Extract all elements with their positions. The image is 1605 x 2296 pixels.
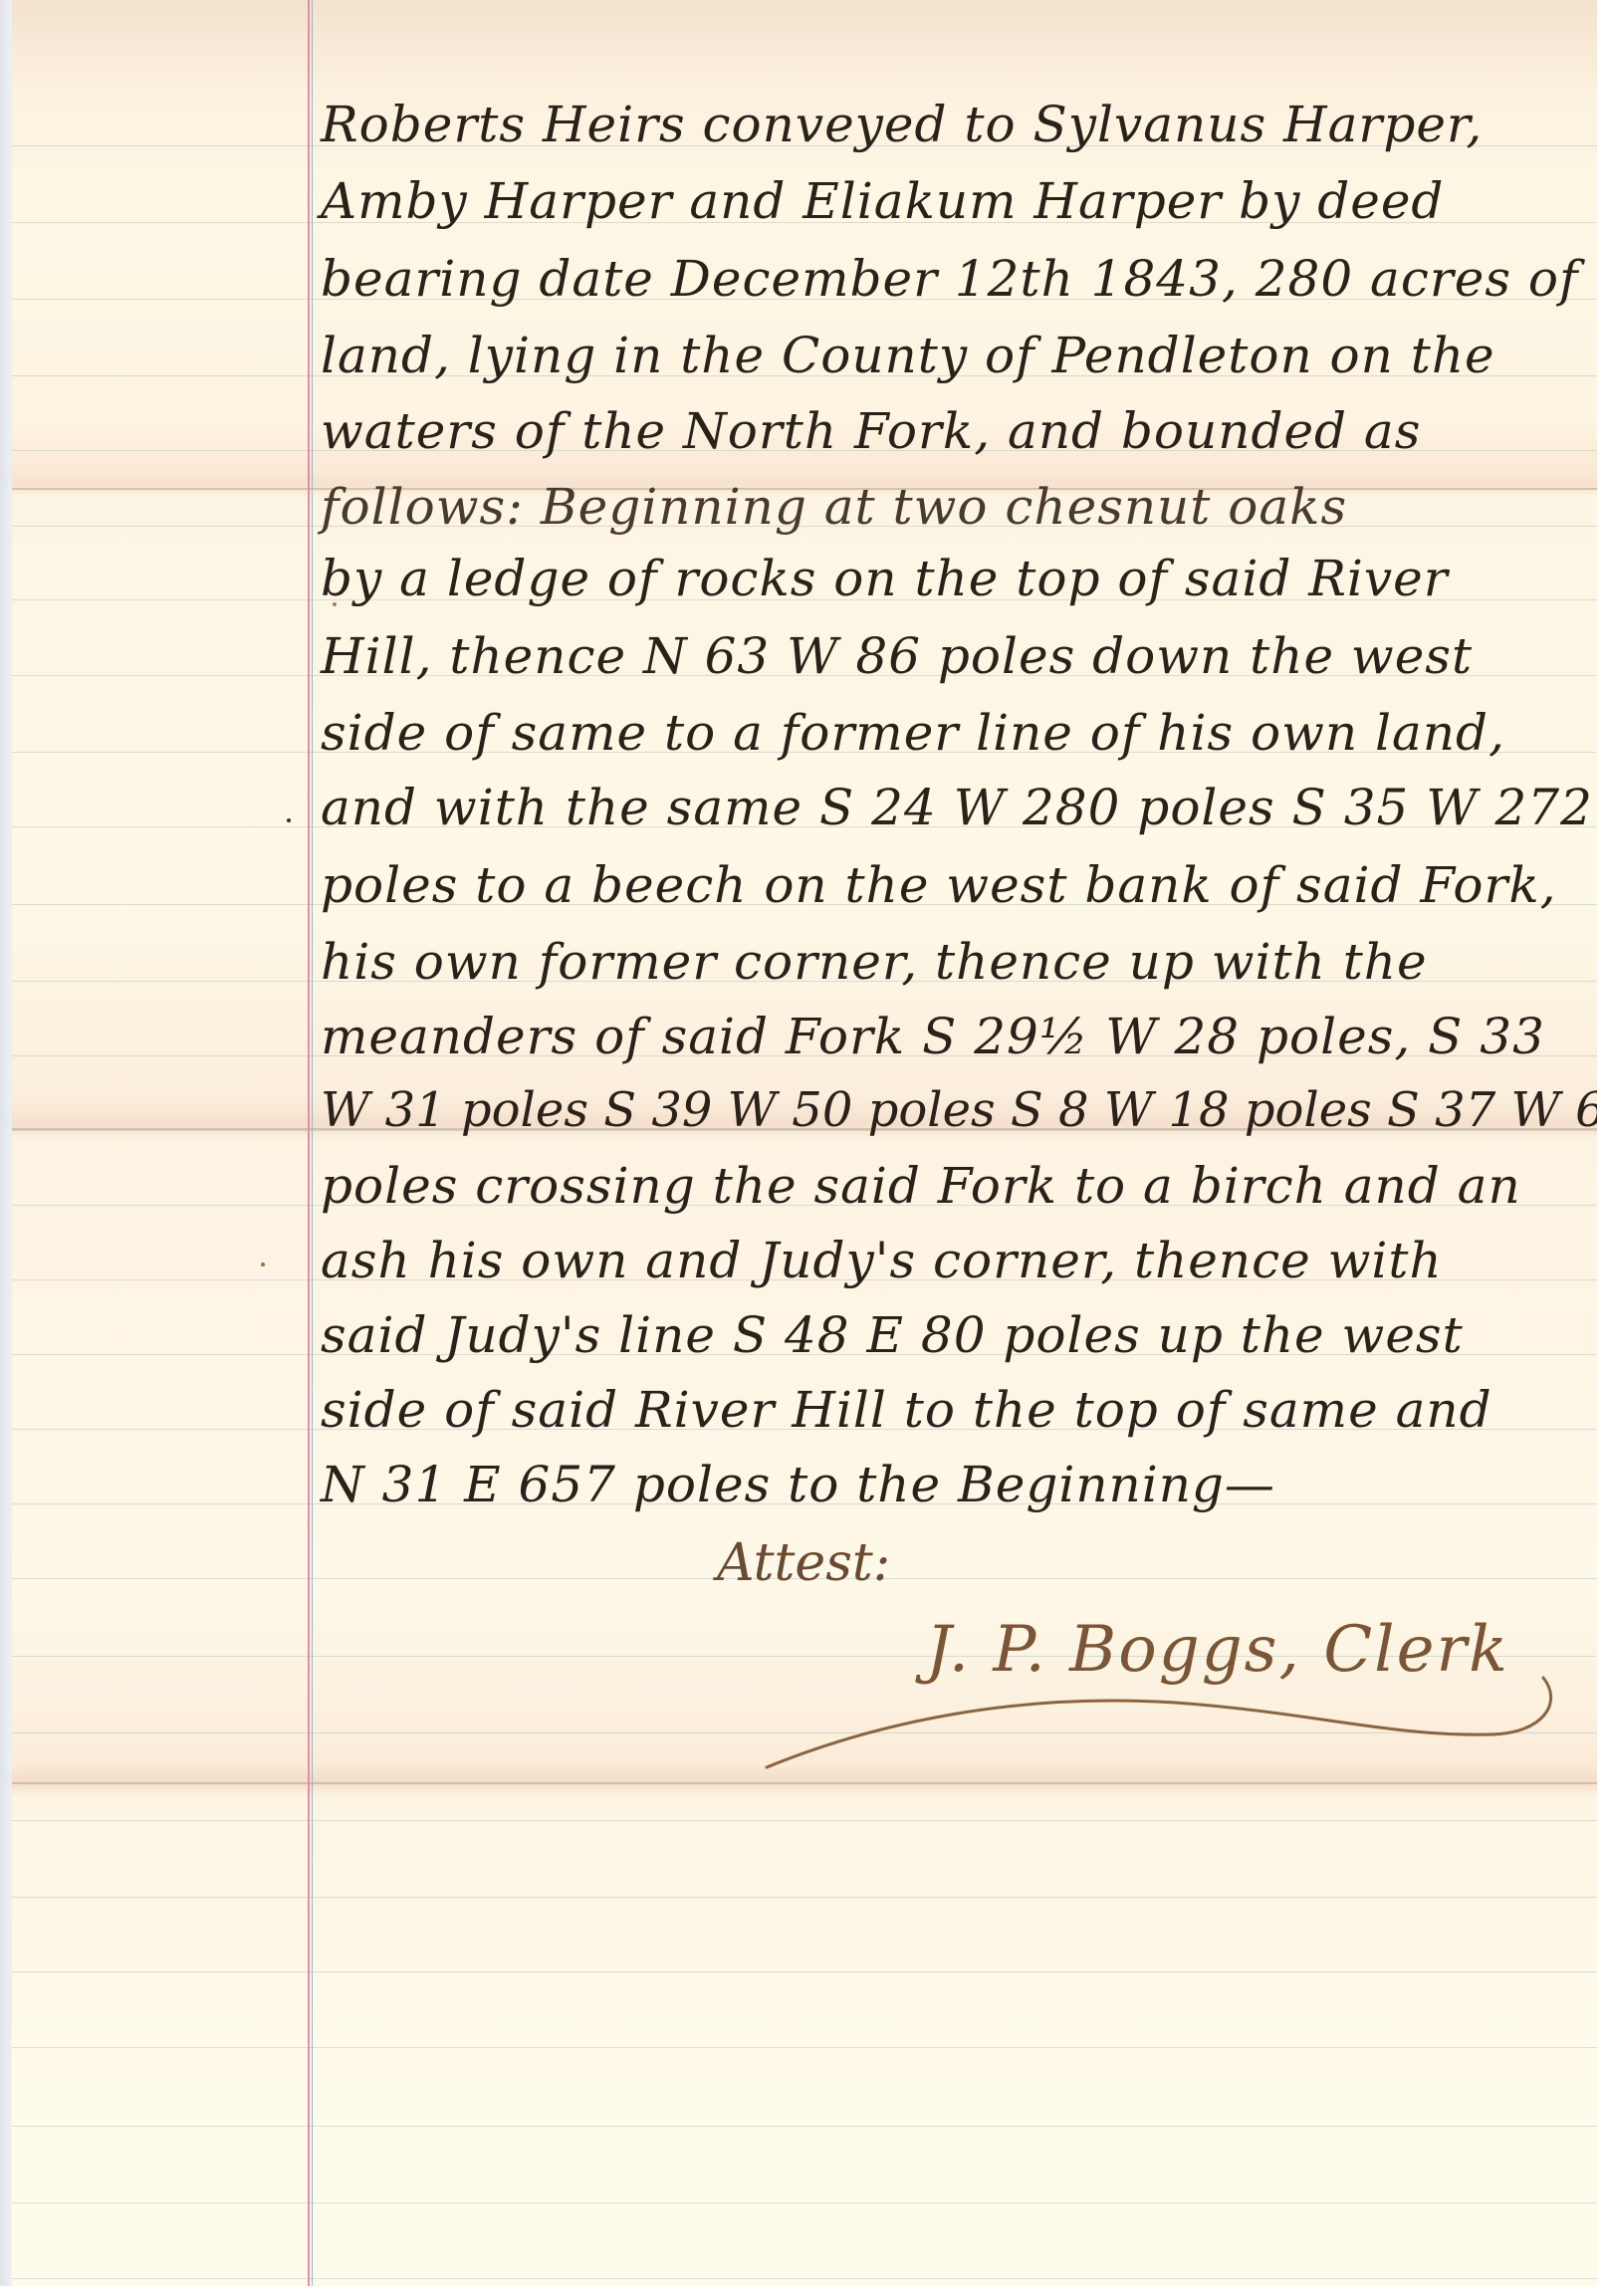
handwritten-line: and with the same S 24 W 280 poles S 35 …	[321, 783, 1593, 832]
ink-dot	[287, 818, 291, 822]
handwritten-line: N 31 E 657 poles to the Beginning—	[321, 1460, 1275, 1509]
handwritten-line: side of said River Hill to the top of sa…	[321, 1385, 1492, 1435]
handwritten-line: bearing date December 12th 1843, 280 acr…	[321, 254, 1579, 304]
handwritten-line: Roberts Heirs conveyed to Sylvanus Harpe…	[321, 100, 1483, 149]
scan-left-edge	[0, 0, 12, 2296]
handwritten-line: his own former corner, thence up with th…	[321, 937, 1428, 987]
ruled-line	[12, 1820, 1597, 1821]
handwritten-line: ash his own and Judy's corner, thence wi…	[321, 1236, 1443, 1285]
handwritten-line: Amby Harper and Eliakum Harper by deed	[321, 176, 1444, 226]
handwritten-line: poles crossing the said Fork to a birch …	[321, 1161, 1521, 1211]
ruled-line	[12, 2047, 1597, 2048]
handwritten-line: waters of the North Fork, and bounded as	[321, 406, 1421, 456]
ruled-line	[12, 2126, 1597, 2127]
handwritten-line: follows: Beginning at two chesnut oaks	[321, 482, 1347, 532]
scan-bottom-edge	[0, 2286, 1605, 2296]
handwritten-line: poles to a beech on the west bank of sai…	[321, 860, 1557, 910]
signature-flourish	[757, 1643, 1573, 1782]
ruled-line	[12, 1971, 1597, 1972]
ruled-line	[12, 2202, 1597, 2203]
ink-dot	[333, 602, 337, 606]
handwritten-line: side of same to a former line of his own…	[321, 708, 1505, 758]
scan-right-edge	[1597, 0, 1605, 2296]
attest-label: Attest:	[717, 1533, 890, 1593]
handwritten-line: by a ledge of rocks on the top of said R…	[321, 554, 1449, 603]
ink-dot	[261, 1263, 265, 1266]
handwritten-line: W 31 poles S 39 W 50 poles S 8 W 18 pole…	[321, 1086, 1605, 1134]
fold-crease	[12, 1782, 1597, 1784]
handwritten-line: meanders of said Fork S 29½ W 28 poles, …	[321, 1012, 1545, 1061]
margin-line-red	[308, 0, 310, 2286]
margin-line-blue	[312, 0, 313, 2286]
handwritten-line: Hill, thence N 63 W 86 poles down the we…	[321, 631, 1473, 681]
ruled-line	[12, 1897, 1597, 1898]
ruled-line	[12, 2278, 1597, 2279]
handwritten-line: said Judy's line S 48 E 80 poles up the …	[321, 1310, 1464, 1360]
handwritten-line: land, lying in the County of Pendleton o…	[321, 331, 1495, 380]
